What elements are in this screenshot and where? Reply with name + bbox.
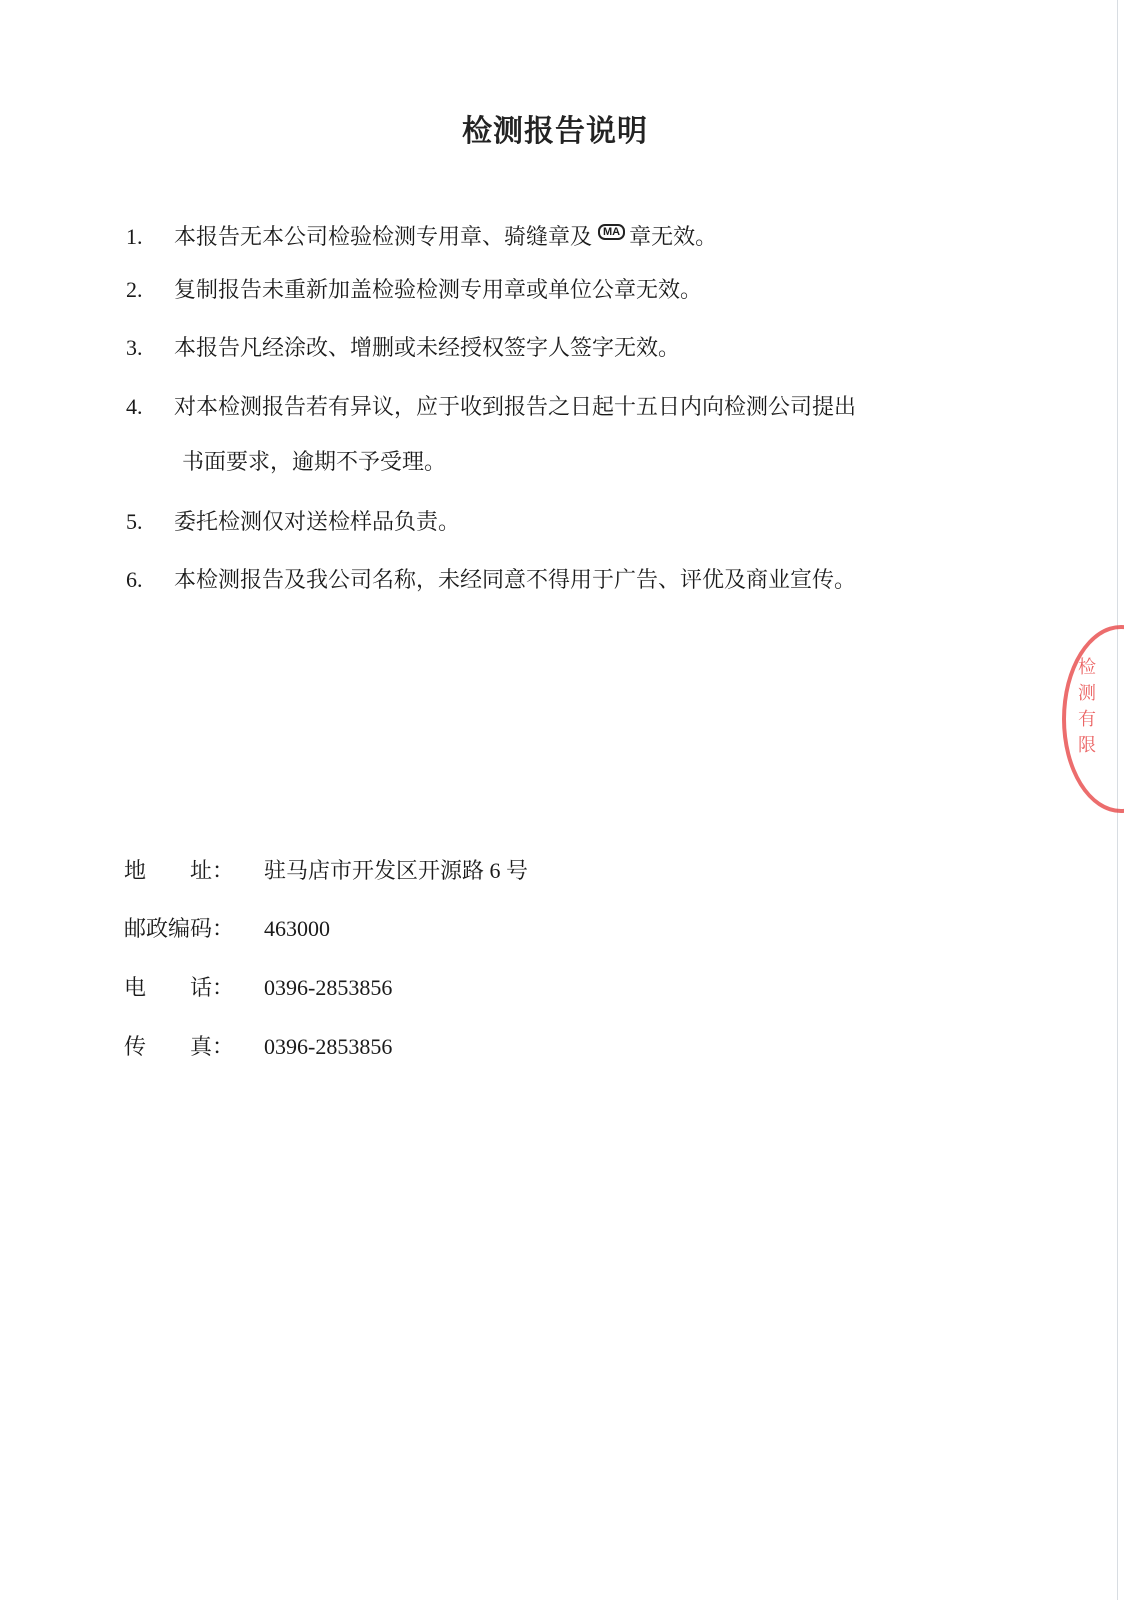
seal-text: 检测有限 (1075, 655, 1099, 759)
notice-item-4: 4.对本检测报告若有异议，应于收到报告之日起十五日内向检测公司提出 书面要求，逾… (126, 392, 856, 423)
notice-number: 5. (126, 507, 174, 537)
cma-mark-icon: MA (598, 224, 625, 240)
contact-address: 地 址：驻马店市开发区开源路 6 号 (124, 856, 528, 887)
notice-item-1: 1.本报告无本公司检验检测专用章、骑缝章及MA章无效。 (126, 222, 717, 253)
notice-text: 本报告无本公司检验检测专用章、骑缝章及 (174, 225, 592, 250)
notice-text: 本报告凡经涂改、增删或未经授权签字人签字无效。 (174, 336, 680, 361)
notice-number: 6. (126, 565, 174, 595)
notice-item-6: 6.本检测报告及我公司名称，未经同意不得用于广告、评优及商业宣传。 (126, 565, 856, 596)
notice-item-5: 5.委托检测仅对送检样品负责。 (126, 507, 460, 538)
contact-value: 0396-2853856 (264, 1034, 392, 1059)
page-title: 检测报告说明 (0, 106, 1110, 150)
notice-item-2: 2.复制报告未重新加盖检验检测专用章或单位公章无效。 (126, 275, 702, 306)
contact-label: 电 话： (124, 974, 264, 1004)
notice-number: 1. (126, 222, 174, 252)
notice-text: 复制报告未重新加盖检验检测专用章或单位公章无效。 (174, 278, 702, 303)
contact-value: 驻马店市开发区开源路 6 号 (264, 858, 528, 883)
notice-number: 4. (126, 392, 174, 422)
notice-number: 3. (126, 333, 174, 363)
contact-label: 地 址： (124, 857, 264, 887)
contact-fax: 传 真：0396-2853856 (124, 1032, 392, 1063)
contact-postcode: 邮政编码：463000 (124, 914, 330, 945)
notice-text-after: 章无效。 (629, 225, 717, 250)
notice-number: 2. (126, 275, 174, 305)
notice-text: 对本检测报告若有异议，应于收到报告之日起十五日内向检测公司提出 (174, 395, 856, 420)
contact-label: 传 真： (124, 1033, 264, 1063)
contact-phone: 电 话：0396-2853856 (124, 973, 392, 1004)
notice-continuation: 书面要求，逾期不予受理。 (182, 448, 446, 478)
contact-label: 邮政编码： (124, 915, 264, 945)
notice-text: 委托检测仅对送检样品负责。 (174, 510, 460, 535)
notice-text: 本检测报告及我公司名称，未经同意不得用于广告、评优及商业宣传。 (174, 568, 856, 593)
contact-value: 463000 (264, 916, 330, 941)
notice-item-3: 3.本报告凡经涂改、增删或未经授权签字人签字无效。 (126, 333, 680, 364)
contact-value: 0396-2853856 (264, 975, 392, 1000)
